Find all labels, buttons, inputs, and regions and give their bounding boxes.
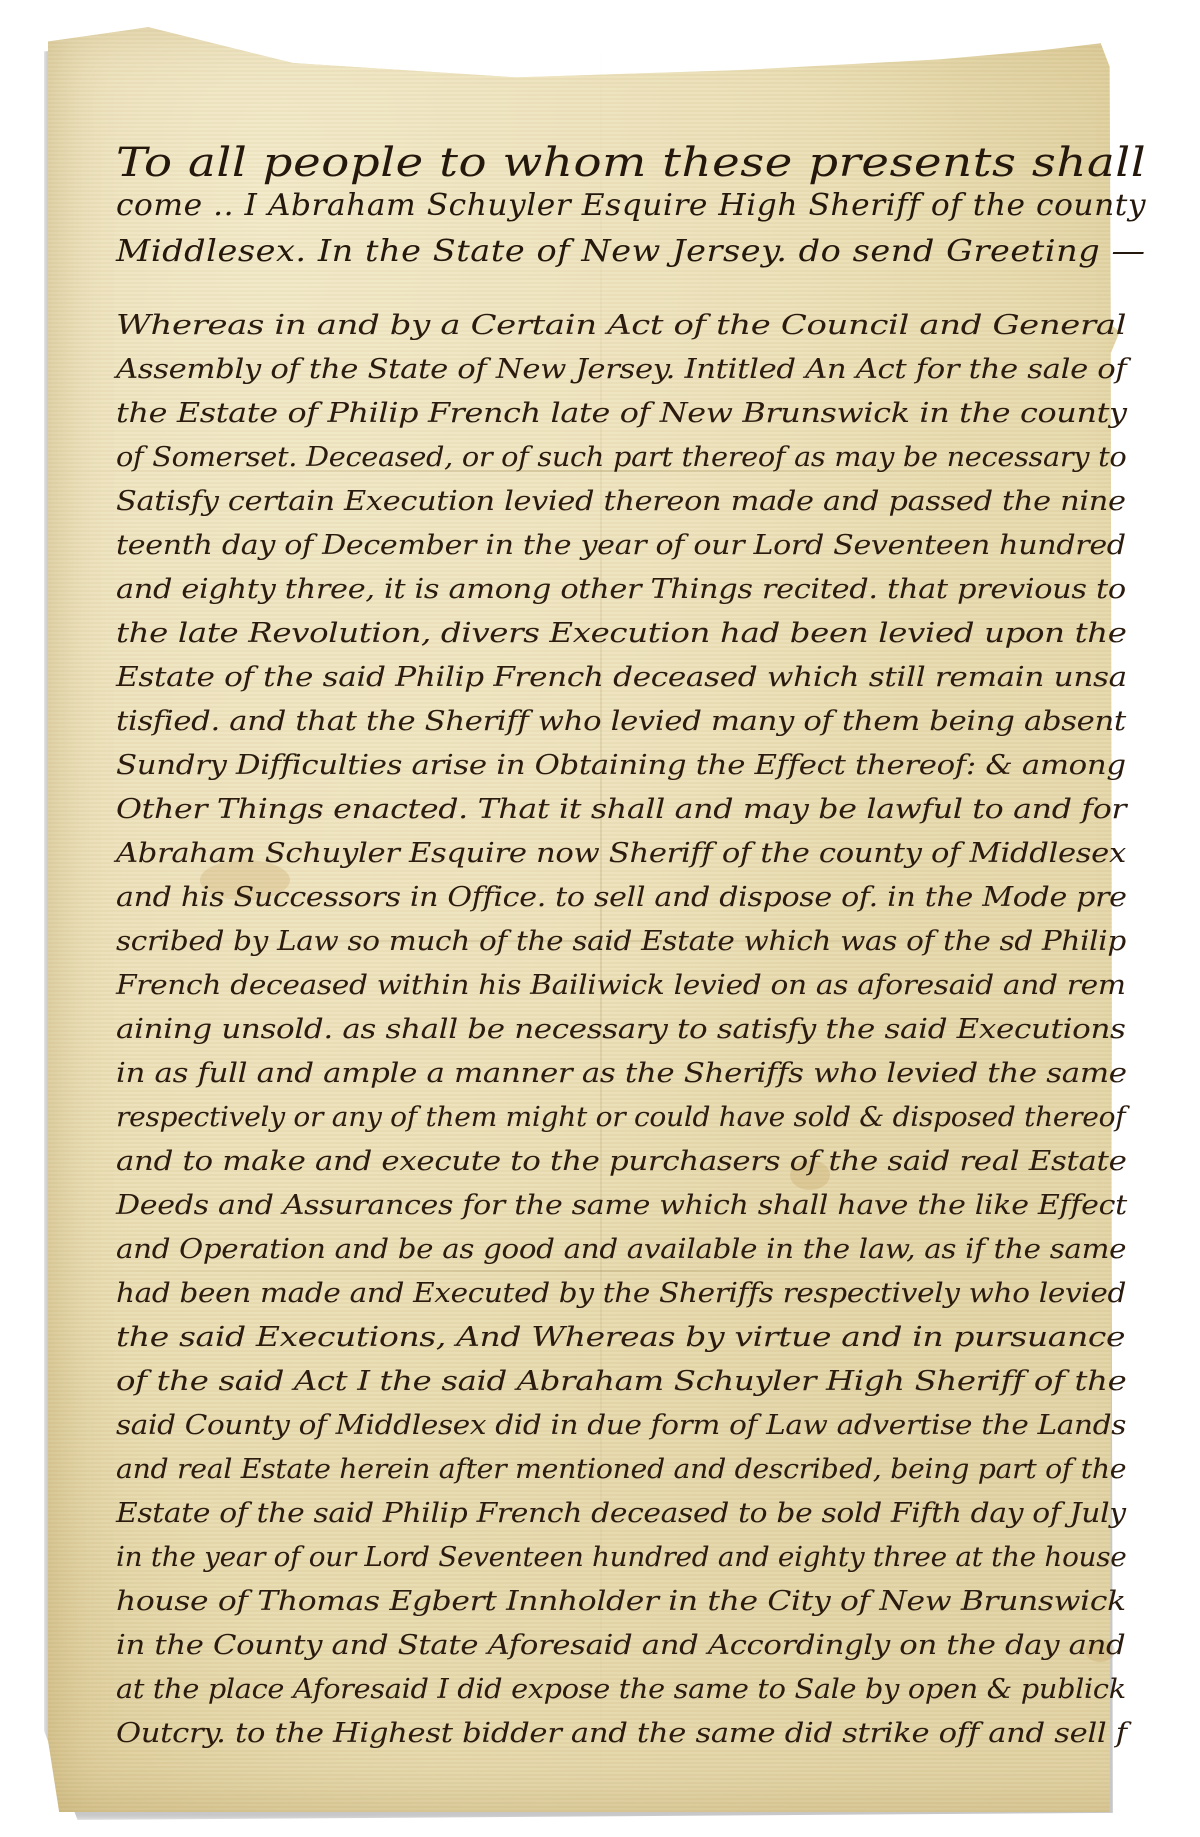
body-line: in the year of our Lord Seventeen hundre… <box>116 1542 1126 1573</box>
body-line: had been made and Executed by the Sherif… <box>116 1278 1126 1309</box>
body-line: French deceased within his Bailiwick lev… <box>116 970 1126 1001</box>
body-line: tisfied. and that the Sheriff who levied… <box>116 706 1126 737</box>
body-line: Estate of the said Philip French decease… <box>116 662 1127 693</box>
body-line: in as full and ample a manner as the She… <box>116 1058 1127 1089</box>
body-line: Sundry Difficulties arise in Obtaining t… <box>116 750 1126 781</box>
body-line: Estate of the said Philip French decease… <box>116 1498 1126 1529</box>
fold-crease <box>48 1270 1118 1272</box>
heading-line: Middlesex. In the State of New Jersey. d… <box>116 234 1146 269</box>
heading-line: come .. I Abraham Schuyler Esquire High … <box>116 188 1146 223</box>
body-line: Outcry. to the Highest bidder and the sa… <box>116 1718 1127 1749</box>
body-line: aining unsold. as shall be necessary to … <box>116 1014 1126 1045</box>
body-line: Whereas in and by a Certain Act of the C… <box>116 310 1126 341</box>
heading-line: To all people to whom these presents sha… <box>116 140 1146 186</box>
body-line: said County of Middlesex did in due form… <box>116 1410 1126 1441</box>
body-line: and eighty three, it is among other Thin… <box>116 574 1126 605</box>
body-line: and to make and execute to the purchaser… <box>116 1146 1127 1177</box>
body-line: in the County and State Aforesaid and Ac… <box>116 1630 1125 1661</box>
body-line: teenth day of December in the year of ou… <box>116 530 1126 561</box>
body-line: Deeds and Assurances for the same which … <box>116 1190 1127 1221</box>
body-line: house of Thomas Egbert Innholder in the … <box>116 1586 1126 1617</box>
body-line: the Estate of Philip French late of New … <box>116 398 1127 429</box>
body-line: the said Executions, And Whereas by virt… <box>116 1322 1125 1353</box>
body-line: the late Revolution, divers Execution ha… <box>116 618 1127 649</box>
body-line: respectively or any of them might or cou… <box>116 1102 1125 1133</box>
body-line: and his Successors in Office. to sell an… <box>116 882 1127 913</box>
body-line: and Operation and be as good and availab… <box>116 1234 1126 1265</box>
body-line: Assembly of the State of New Jersey. Int… <box>116 354 1126 385</box>
body-line: of the said Act I the said Abraham Schuy… <box>116 1366 1126 1397</box>
body-line: scribed by Law so much of the said Estat… <box>116 926 1126 957</box>
body-line: at the place Aforesaid I did expose the … <box>116 1674 1126 1705</box>
body-line: and real Estate herein after mentioned a… <box>116 1454 1126 1485</box>
body-line: of Somerset. Deceased, or of such part t… <box>116 442 1126 473</box>
body-line: Other Things enacted. That it shall and … <box>116 794 1126 825</box>
body-line: Abraham Schuyler Esquire now Sheriff of … <box>116 838 1126 869</box>
body-line: Satisfy certain Execution levied thereon… <box>116 486 1126 517</box>
